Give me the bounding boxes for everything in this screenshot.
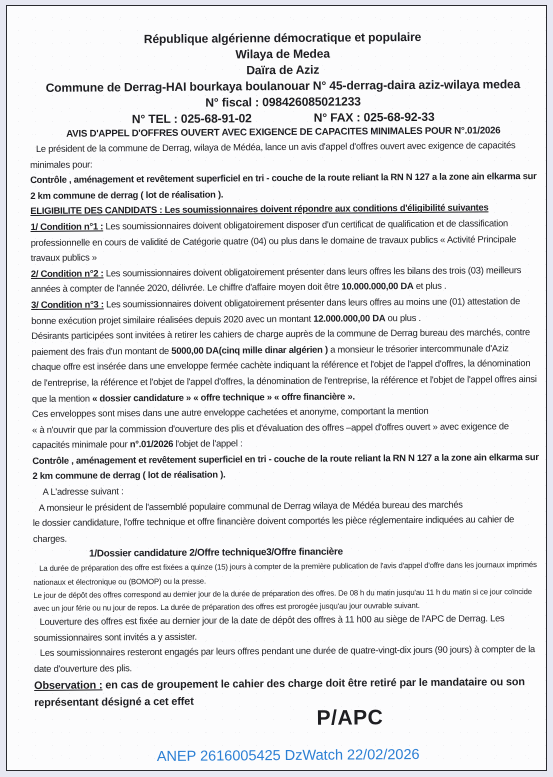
condition-1: 1/ Condition n°1 : Les soumissionnaires … [30, 216, 537, 267]
mention-pre: « à n'ouvrir que par la commission d'ouv… [32, 421, 509, 450]
intro-paragraph: Le président de la commune de Derrag, wi… [30, 138, 537, 173]
condition-1-label: 1/ Condition n°1 : [30, 221, 103, 232]
document-content: République algérienne démocratique et po… [29, 28, 542, 768]
retrait-paragraph: Désirants participées sont invitées à re… [31, 325, 539, 407]
condition-3: 3/ Condition n°3 : Les soumissionnaires … [31, 294, 538, 329]
condition-3-amount: 12.000.000,00 DA [313, 313, 385, 324]
deposit-day-line: Le jour de dépôt des offres correspond a… [33, 585, 540, 615]
condition-3-post: ou plus . [385, 312, 421, 322]
mention-post: l'objet de l'appel : [173, 439, 242, 450]
condition-2-post: et plus . [413, 281, 446, 291]
condition-2: 2/ Condition n°2 : Les soumissionnaires … [31, 263, 538, 298]
condition-3-label: 3/ Condition n°3 : [31, 299, 104, 310]
retrait-amount: 5000,00 DA(cinq mille dinar algérien ) [171, 344, 328, 355]
tel-number: N° TEL : 025-68-91-02 [132, 110, 252, 127]
document-header: République algérienne démocratique et po… [29, 28, 537, 142]
project-title-mid: Contrôle , aménagement et revêtement sup… [32, 450, 539, 485]
scanned-tender-document: République algérienne démocratique et po… [6, 5, 547, 771]
condition-3-text: Les soumissionnaires doivent obligatoire… [31, 296, 520, 325]
condition-2-amount: 10.000.000,00 DA [341, 281, 413, 292]
condition-1-text: Les soumissionnaires doivent obligatoire… [31, 218, 517, 263]
mention-number: n°.01/2026 [130, 439, 173, 449]
prep-duration-line: La durée de préparation des offre est fi… [33, 558, 540, 588]
condition-2-label: 2/ Condition n°2 : [31, 268, 104, 279]
retrait-mentions: « dossier candidature » « offre techniqu… [92, 391, 355, 403]
dossier-line: le dossier candidature, l'offre techniqu… [33, 512, 540, 547]
observation-paragraph: Observation : en cas de groupement le ca… [34, 674, 541, 713]
fax-number: N° FAX : 025-68-92-33 [314, 109, 435, 126]
anep-footer-line: ANEP 2616005425 DzWatch 22/02/2026 [35, 745, 542, 768]
observation-text: en cas de groupement le cahier des charg… [34, 676, 525, 709]
condition-2-text: Les soumissionnaires doivent obligatoire… [31, 265, 521, 294]
engagement-line: Les soumissionnaires resteront engagés p… [34, 642, 541, 677]
mention-paragraph: « à n'ouvrir que par la commission d'ouv… [32, 419, 539, 454]
document-body: Le président de la commune de Derrag, wi… [30, 138, 542, 728]
project-title-top: Contrôle , aménagement et revêtement sup… [30, 169, 537, 204]
observation-label: Observation : [34, 679, 102, 692]
opening-line: Louverture des offres est fixée au derni… [34, 611, 541, 646]
